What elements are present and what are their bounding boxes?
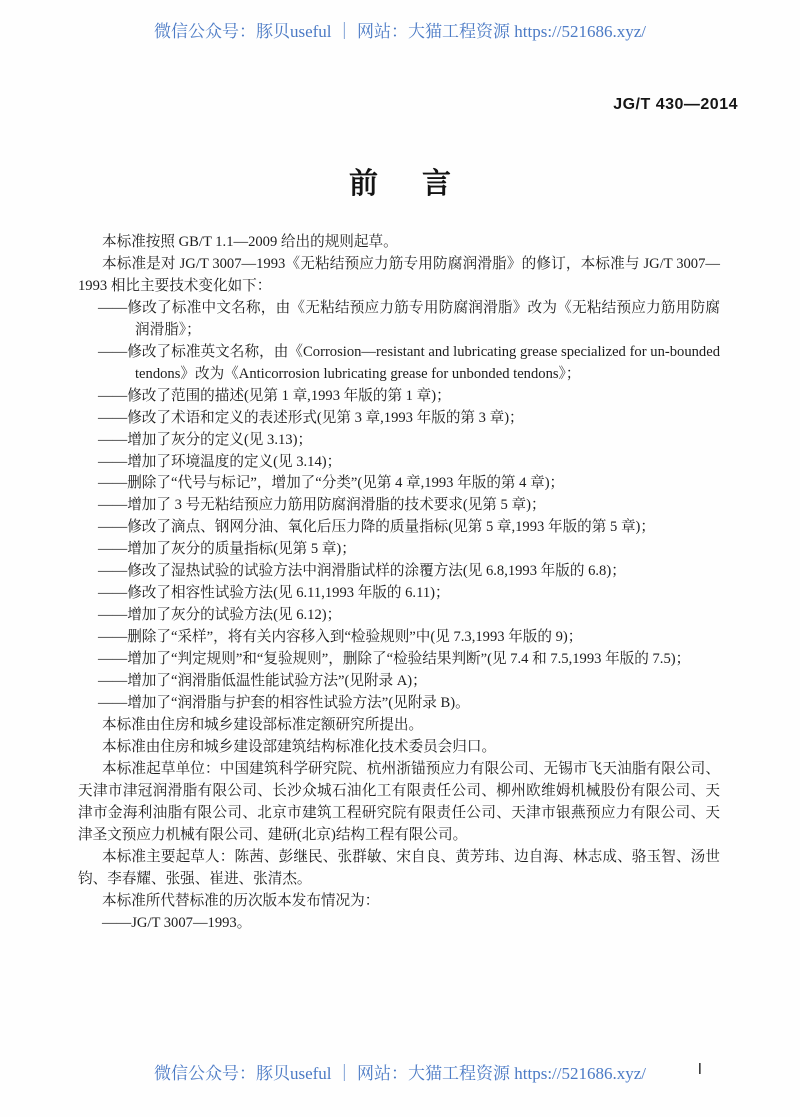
page-number: Ⅰ (698, 1060, 702, 1079)
watermark-top: 微信公众号：豚贝useful ｜ 网站：大猫工程资源 https://52168… (0, 17, 800, 42)
change-item: ——删除了“代号与标记”，增加了“分类”(见第 4 章,1993 年版的第 4 … (78, 473, 720, 495)
closing-paragraph: 本标准由住房和城乡建设部建筑结构标准化技术委员会归口。 (78, 737, 720, 759)
change-item: ——增加了灰分的定义(见 3.13)； (78, 430, 720, 452)
doc-number: JG/T 430—2014 (613, 96, 738, 114)
change-item: ——修改了标准英文名称，由《Corrosion—resistant and lu… (78, 342, 720, 386)
change-item: ——增加了“判定规则”和“复验规则”，删除了“检验结果判断”(见 7.4 和 7… (78, 649, 720, 671)
document-page: 微信公众号：豚贝useful ｜ 网站：大猫工程资源 https://52168… (0, 0, 800, 1117)
change-item: ——修改了相容性试验方法(见 6.11,1993 年版的 6.11)； (78, 583, 720, 605)
change-item: ——修改了滴点、钢网分油、氧化后压力降的质量指标(见第 5 章,1993 年版的… (78, 517, 720, 539)
history-list: ——JG/T 3007—1993。 (78, 913, 720, 935)
change-item: ——增加了灰分的质量指标(见第 5 章)； (78, 539, 720, 561)
history-item: ——JG/T 3007—1993。 (78, 913, 720, 935)
change-item: ——增加了“润滑脂低温性能试验方法”(见附录 A)； (78, 671, 720, 693)
closing-paragraph: 本标准起草单位：中国建筑科学研究院、杭州浙锚预应力有限公司、无锡市飞天油脂有限公… (78, 759, 720, 847)
intro-paragraph: 本标准是对 JG/T 3007—1993《无粘结预应力筋专用防腐润滑脂》的修订，… (78, 254, 720, 298)
closing-paragraph: 本标准所代替标准的历次版本发布情况为： (78, 891, 720, 913)
intro-paragraphs: 本标准按照 GB/T 1.1—2009 给出的规则起草。本标准是对 JG/T 3… (78, 232, 720, 298)
page-title: 前言 (0, 161, 800, 202)
closing-paragraph: 本标准由住房和城乡建设部标准定额研究所提出。 (78, 715, 720, 737)
change-item: ——修改了湿热试验的试验方法中润滑脂试样的涂覆方法(见 6.8,1993 年版的… (78, 561, 720, 583)
watermark-bottom: 微信公众号：豚贝useful ｜ 网站：大猫工程资源 https://52168… (0, 1059, 800, 1084)
change-item: ——增加了 3 号无粘结预应力筋用防腐润滑脂的技术要求(见第 5 章)； (78, 495, 720, 517)
change-item: ——修改了标准中文名称，由《无粘结预应力筋专用防腐润滑脂》改为《无粘结预应力筋用… (78, 298, 720, 342)
change-item: ——增加了“润滑脂与护套的相容性试验方法”(见附录 B)。 (78, 693, 720, 715)
document-body: 本标准按照 GB/T 1.1—2009 给出的规则起草。本标准是对 JG/T 3… (78, 232, 720, 935)
change-item: ——增加了环境温度的定义(见 3.14)； (78, 452, 720, 474)
closing-paragraph: 本标准主要起草人：陈茜、彭继民、张群敏、宋自良、黄芳玮、边自海、林志成、骆玉智、… (78, 847, 720, 891)
change-items-list: ——修改了标准中文名称，由《无粘结预应力筋专用防腐润滑脂》改为《无粘结预应力筋用… (78, 298, 720, 715)
change-item: ——修改了范围的描述(见第 1 章,1993 年版的第 1 章)； (78, 386, 720, 408)
closing-paragraphs: 本标准由住房和城乡建设部标准定额研究所提出。本标准由住房和城乡建设部建筑结构标准… (78, 715, 720, 913)
change-item: ——增加了灰分的试验方法(见 6.12)； (78, 605, 720, 627)
change-item: ——删除了“采样”，将有关内容移入到“检验规则”中(见 7.3,1993 年版的… (78, 627, 720, 649)
change-item: ——修改了术语和定义的表述形式(见第 3 章,1993 年版的第 3 章)； (78, 408, 720, 430)
intro-paragraph: 本标准按照 GB/T 1.1—2009 给出的规则起草。 (78, 232, 720, 254)
